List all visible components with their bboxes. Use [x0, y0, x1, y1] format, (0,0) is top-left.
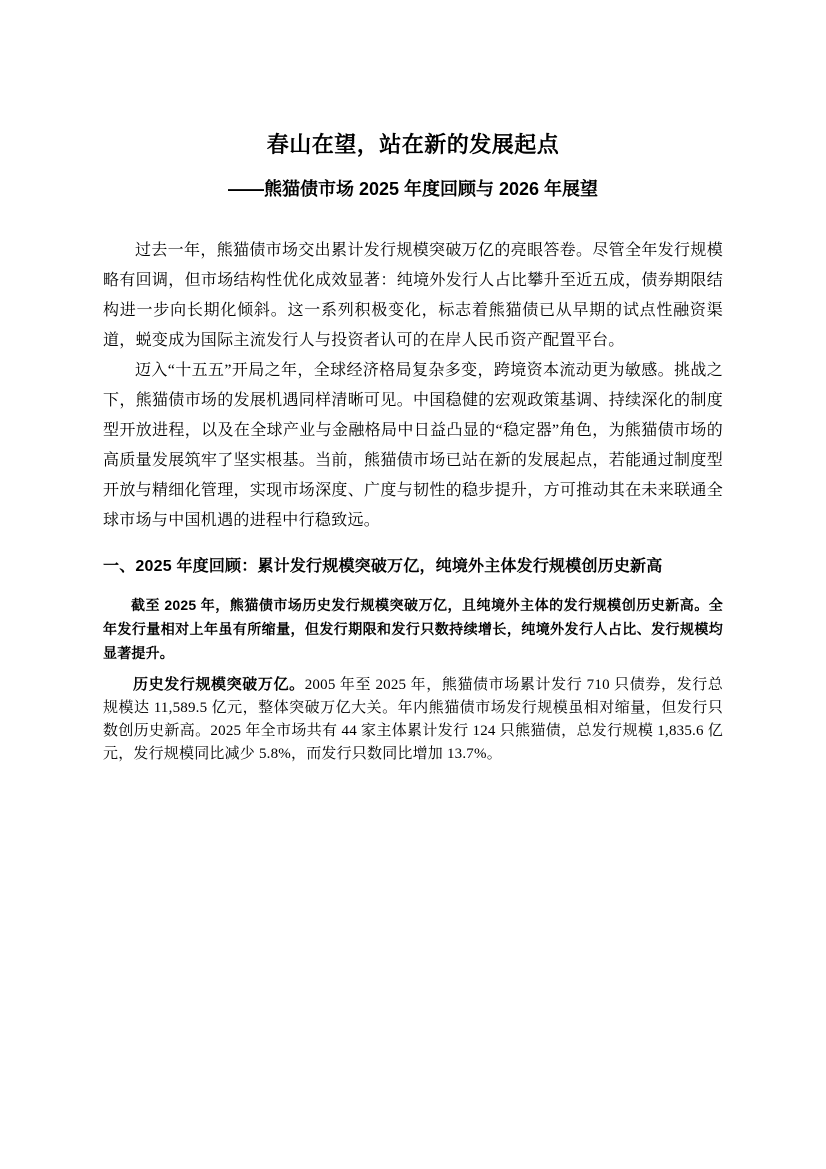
intro-paragraph-1: 过去一年，熊猫债市场交出累计发行规模突破万亿的亮眼答卷。尽管全年发行规模略有回调… [103, 236, 723, 356]
section-1-heading: 一、2025 年度回顾：累计发行规模突破万亿，纯境外主体发行规模创历史新高 [103, 556, 723, 577]
intro-section: 过去一年，熊猫债市场交出累计发行规模突破万亿的亮眼答卷。尽管全年发行规模略有回调… [103, 236, 723, 536]
document-subtitle: ——熊猫债市场 2025 年度回顾与 2026 年展望 [103, 178, 723, 201]
section-1-summary: 截至 2025 年，熊猫债市场历史发行规模突破万亿，且纯境外主体的发行规模创历史… [103, 593, 723, 665]
document-page: 春山在望，站在新的发展起点 ——熊猫债市场 2025 年度回顾与 2026 年展… [0, 0, 826, 1169]
section-1: 一、2025 年度回顾：累计发行规模突破万亿，纯境外主体发行规模创历史新高 截至… [103, 556, 723, 766]
intro-paragraph-2: 迈入“十五五”开局之年，全球经济格局复杂多变，跨境资本流动更为敏感。挑战之下，熊… [103, 356, 723, 536]
section-1-detail-paragraph: 历史发行规模突破万亿。2005 年至 2025 年，熊猫债市场累计发行 710 … [103, 673, 723, 766]
document-title: 春山在望，站在新的发展起点 [103, 131, 723, 158]
section-1-detail-lead: 历史发行规模突破万亿。 [133, 676, 305, 693]
